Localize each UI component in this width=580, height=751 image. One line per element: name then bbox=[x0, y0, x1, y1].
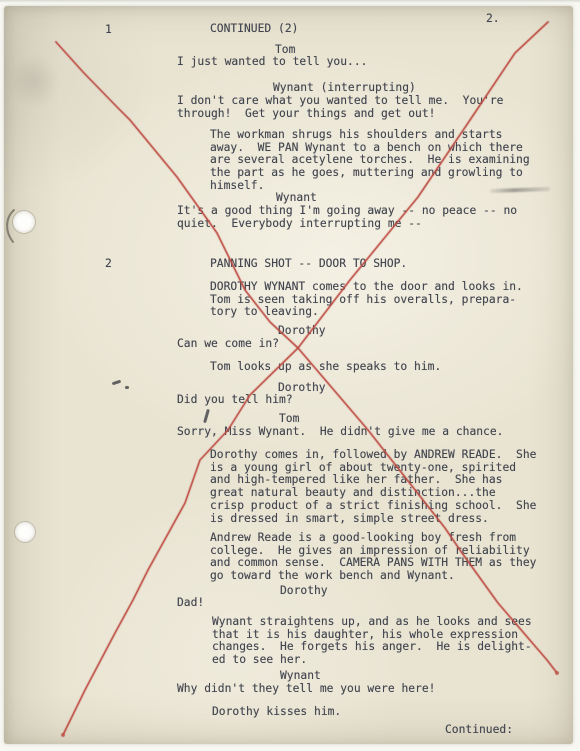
ink-speck bbox=[125, 386, 129, 389]
red-crossout-ne-sw-end bbox=[61, 733, 65, 737]
scanned-script-page: 1CONTINUED (2)2.TomI just wanted to tell… bbox=[0, 0, 580, 751]
red-crossout-svg bbox=[0, 0, 580, 751]
red-crossout-nw-se-end bbox=[555, 671, 559, 675]
punch-hole-top bbox=[13, 211, 35, 233]
punch-hole-bottom bbox=[15, 522, 35, 542]
